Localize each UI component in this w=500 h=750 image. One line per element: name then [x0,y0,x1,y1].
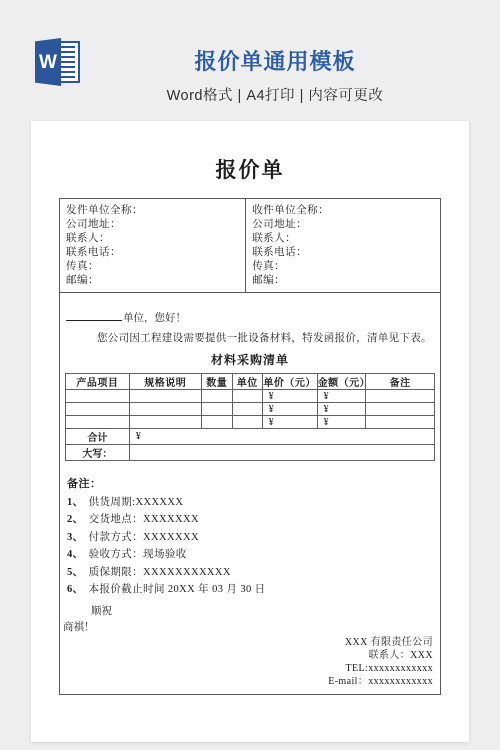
doc-body-frame: 发件单位全称： 公司地址： 联系人： 联系电话： 传真： 邮编： 收件单位全称：… [59,198,441,695]
note-item: 4、验收方式：现场验收 [67,548,434,561]
material-list-title: 材料采购清单 [60,352,440,368]
material-table-header-row: 产品项目 规格说明 数量 单位 单价（元） 金额（元） 备注 [66,374,435,390]
cell-unit-price: ¥ [262,416,317,429]
closing-wish-line1: 顺祝 [91,605,440,618]
col-header-product: 产品项目 [66,374,130,390]
cell-product [66,390,130,403]
closing-wish-line2: 商祺！ [63,621,440,634]
cell-qty [201,390,232,403]
note-item: 2、交货地点：XXXXXXX [67,513,434,526]
cell-amount: ¥ [317,403,366,416]
col-header-spec: 规格说明 [129,374,201,390]
total-value: ¥ [129,429,434,445]
recipient-name-label: 收件单位全称： [252,204,436,218]
cell-spec [129,416,201,429]
sender-zip-label: 邮编： [66,274,241,288]
cell-remark [366,390,435,403]
parties-info-table: 发件单位全称： 公司地址： 联系人： 联系电话： 传真： 邮编： 收件单位全称：… [60,199,440,293]
header-text: 报价单通用模板 Word格式 | A4打印 | 内容可更改 [50,0,500,105]
note-number: 2、 [67,514,84,525]
cell-qty [201,416,232,429]
amount-in-words-row: 大写： [66,445,435,461]
notes-section: 备注： 1、供货周期:XXXXXX 2、交货地点：XXXXXXX 3、付款方式：… [67,478,434,596]
signature-company: XXX 有限责任公司 [60,636,433,649]
total-label: 合计 [66,429,130,445]
recipient-phone-label: 联系电话： [252,246,436,260]
cell-remark [366,416,435,429]
recipient-contact-label: 联系人： [252,232,436,246]
note-number: 1、 [67,497,84,508]
sender-phone-label: 联系电话： [66,246,241,260]
signature-email: E-mail：xxxxxxxxxxxx [60,675,433,688]
note-item: 5、质保期限：XXXXXXXXXXX [67,566,434,579]
total-row: 合计 ¥ [66,429,435,445]
note-text: 本报价截止时间 20XX 年 03 月 30 日 [89,584,266,595]
note-item: 1、供货周期:XXXXXX [67,496,434,509]
note-text: 付款方式：XXXXXXX [89,532,199,543]
note-number: 6、 [67,584,84,595]
note-item: 3、付款方式：XXXXXXX [67,531,434,544]
col-header-qty: 数量 [201,374,232,390]
cell-amount: ¥ [317,416,366,429]
table-row: ¥ ¥ [66,403,435,416]
note-text: 供货周期:XXXXXX [89,497,184,508]
note-text: 交货地点：XXXXXXX [89,514,199,525]
notes-title: 备注： [67,478,434,491]
greeting-body: 您公司因工程建设需要提供一批设备材料，特发函报价，清单见下表。 [66,332,434,346]
cell-remark [366,403,435,416]
note-item: 6、本报价截止时间 20XX 年 03 月 30 日 [67,583,434,596]
signature-tel: TEL:xxxxxxxxxxxx [60,662,433,675]
cell-amount: ¥ [317,390,366,403]
cell-unit [232,403,262,416]
recipient-fax-label: 传真： [252,260,436,274]
greeting-line: 单位，您好！ [66,311,434,326]
note-number: 3、 [67,532,84,543]
cell-unit [232,390,262,403]
sender-contact-label: 联系人： [66,232,241,246]
cell-spec [129,390,201,403]
cell-spec [129,403,201,416]
sender-address-label: 公司地址： [66,218,241,232]
recipient-address-label: 公司地址： [252,218,436,232]
note-number: 5、 [67,567,84,578]
header: W 报价单通用模板 Word格式 | A4打印 | 内容可更改 [0,0,500,121]
greeting-suffix: 单位，您好！ [123,313,186,324]
recipient-zip-label: 邮编： [252,274,436,288]
cell-qty [201,403,232,416]
cell-product [66,403,130,416]
cell-unit-price: ¥ [262,403,317,416]
material-table: 产品项目 规格说明 数量 单位 单价（元） 金额（元） 备注 ¥ ¥ [65,373,435,461]
cell-unit [232,416,262,429]
page-background: W 报价单通用模板 Word格式 | A4打印 | 内容可更改 报价单 发件单位… [0,0,500,750]
signature-block: XXX 有限责任公司 联系人：XXX TEL:xxxxxxxxxxxx E-ma… [60,636,433,688]
col-header-remark: 备注 [366,374,435,390]
sender-name-label: 发件单位全称： [66,204,241,218]
table-row: ¥ ¥ [66,390,435,403]
page-subtitle: Word格式 | A4打印 | 内容可更改 [50,84,500,105]
sender-fax-label: 传真： [66,260,241,274]
note-text: 质保期限：XXXXXXXXXXX [89,567,231,578]
cell-unit-price: ¥ [262,390,317,403]
col-header-unit: 单位 [232,374,262,390]
note-text: 验收方式：现场验收 [89,549,187,560]
amount-in-words-value [129,445,434,461]
blank-underline [66,311,122,321]
table-row: ¥ ¥ [66,416,435,429]
recipient-info-cell: 收件单位全称： 公司地址： 联系人： 联系电话： 传真： 邮编： [246,199,440,292]
sender-info-cell: 发件单位全称： 公司地址： 联系人： 联系电话： 传真： 邮编： [60,199,246,292]
signature-contact: 联系人：XXX [60,649,433,662]
col-header-unit-price: 单价（元） [262,374,317,390]
document-preview: 报价单 发件单位全称： 公司地址： 联系人： 联系电话： 传真： 邮编： 收件单… [31,121,469,742]
doc-title: 报价单 [31,121,469,183]
cell-product [66,416,130,429]
amount-in-words-label: 大写： [66,445,130,461]
col-header-amount: 金额（元） [317,374,366,390]
page-title: 报价单通用模板 [50,45,500,76]
note-number: 4、 [67,549,84,560]
